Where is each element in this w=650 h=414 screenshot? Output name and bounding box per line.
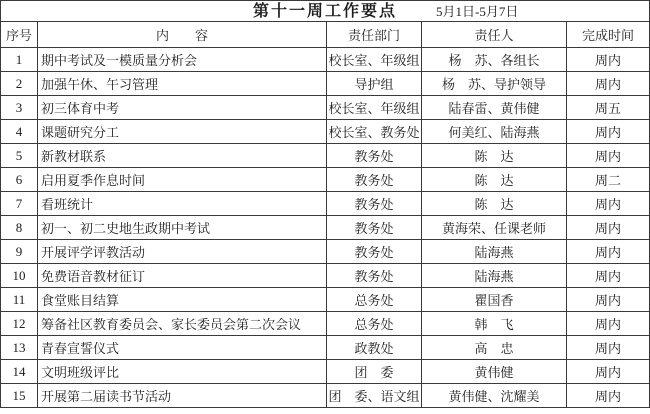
responsible-department: 校长室、年级组 bbox=[327, 96, 422, 120]
table-row: 9开展评学评教活动教务处陆海燕周内 bbox=[1, 240, 650, 264]
table-header-row: 序号 内 容 责任部门 责任人 完成时间 bbox=[1, 22, 650, 48]
table-row: 12筹备社区教育委员会、家长委员会第二次会议总务处韩 飞周内 bbox=[1, 312, 650, 336]
task-content: 看班统计 bbox=[38, 192, 327, 216]
completion-time: 周内 bbox=[567, 192, 650, 216]
responsible-department: 政教处 bbox=[327, 336, 422, 360]
table-body: 1期中考试及一模质量分析会校长室、年级组杨 苏、各组长周内2加强午休、午习管理导… bbox=[1, 48, 650, 408]
work-plan-table: 序号 内 容 责任部门 责任人 完成时间 1期中考试及一模质量分析会校长室、年级… bbox=[0, 21, 650, 408]
table-row: 5新教材联系教务处陈 达周内 bbox=[1, 144, 650, 168]
responsible-department: 导护组 bbox=[327, 72, 422, 96]
completion-time: 周内 bbox=[567, 384, 650, 408]
task-content: 开展评学评教活动 bbox=[38, 240, 327, 264]
completion-time: 周内 bbox=[567, 288, 650, 312]
row-number: 3 bbox=[1, 96, 38, 120]
responsible-department: 教务处 bbox=[327, 264, 422, 288]
task-content: 启用夏季作息时间 bbox=[38, 168, 327, 192]
responsible-person: 韩 飞 bbox=[422, 312, 567, 336]
row-number: 5 bbox=[1, 144, 38, 168]
header-serial-number: 序号 bbox=[1, 22, 38, 48]
table-row: 14文明班级评比团 委黄伟健周内 bbox=[1, 360, 650, 384]
responsible-department: 教务处 bbox=[327, 240, 422, 264]
completion-time: 周内 bbox=[567, 48, 650, 72]
responsible-department: 教务处 bbox=[327, 192, 422, 216]
row-number: 15 bbox=[1, 384, 38, 408]
task-content: 新教材联系 bbox=[38, 144, 327, 168]
document-title: 第十一周工作要点 bbox=[1, 2, 649, 21]
completion-time: 周内 bbox=[567, 240, 650, 264]
task-content: 筹备社区教育委员会、家长委员会第二次会议 bbox=[38, 312, 327, 336]
task-content: 期中考试及一模质量分析会 bbox=[38, 48, 327, 72]
task-content: 初一、初二史地生政期中考试 bbox=[38, 216, 327, 240]
completion-time: 周内 bbox=[567, 144, 650, 168]
row-number: 10 bbox=[1, 264, 38, 288]
row-number: 11 bbox=[1, 288, 38, 312]
row-number: 7 bbox=[1, 192, 38, 216]
responsible-person: 黄伟健、沈耀美 bbox=[422, 384, 567, 408]
responsible-person: 杨 苏、导护领导 bbox=[422, 72, 567, 96]
completion-time: 周内 bbox=[567, 312, 650, 336]
completion-time: 周五 bbox=[567, 96, 650, 120]
completion-time: 周内 bbox=[567, 360, 650, 384]
responsible-person: 陆海燕 bbox=[422, 264, 567, 288]
responsible-department: 教务处 bbox=[327, 168, 422, 192]
task-content: 食堂账目结算 bbox=[38, 288, 327, 312]
row-number: 4 bbox=[1, 120, 38, 144]
row-number: 6 bbox=[1, 168, 38, 192]
completion-time: 周内 bbox=[567, 120, 650, 144]
completion-time: 周内 bbox=[567, 336, 650, 360]
responsible-department: 团 委 bbox=[327, 360, 422, 384]
responsible-department: 总务处 bbox=[327, 288, 422, 312]
responsible-person: 黄海荣、任课老师 bbox=[422, 216, 567, 240]
responsible-person: 瞿国香 bbox=[422, 288, 567, 312]
table-row: 7看班统计教务处陈 达周内 bbox=[1, 192, 650, 216]
responsible-person: 何美红、陆海燕 bbox=[422, 120, 567, 144]
row-number: 14 bbox=[1, 360, 38, 384]
responsible-person: 黄伟健 bbox=[422, 360, 567, 384]
table-row: 3初三体育中考校长室、年级组陆春雷、黄伟健周五 bbox=[1, 96, 650, 120]
task-content: 课题研究分工 bbox=[38, 120, 327, 144]
responsible-department: 总务处 bbox=[327, 312, 422, 336]
header-responsible-department: 责任部门 bbox=[327, 22, 422, 48]
responsible-person: 杨 苏、各组长 bbox=[422, 48, 567, 72]
responsible-person: 陈 达 bbox=[422, 168, 567, 192]
weekly-work-plan-document: 第十一周工作要点 5月1日-5月7日 序号 内 容 责任部门 责任人 完成时间 … bbox=[0, 0, 650, 414]
row-number: 1 bbox=[1, 48, 38, 72]
completion-time: 周二 bbox=[567, 168, 650, 192]
responsible-department: 团 委、语文组 bbox=[327, 384, 422, 408]
table-row: 4课题研究分工校长室、教务处何美红、陆海燕周内 bbox=[1, 120, 650, 144]
row-number: 9 bbox=[1, 240, 38, 264]
date-range: 5月1日-5月7日 bbox=[436, 4, 518, 20]
responsible-department: 校长室、年级组 bbox=[327, 48, 422, 72]
responsible-person: 陆春雷、黄伟健 bbox=[422, 96, 567, 120]
header-completion-time: 完成时间 bbox=[567, 22, 650, 48]
document-header: 第十一周工作要点 5月1日-5月7日 bbox=[0, 0, 650, 21]
header-responsible-person: 责任人 bbox=[422, 22, 567, 48]
row-number: 2 bbox=[1, 72, 38, 96]
table-row: 13青春宣誓仪式政教处高 忠周内 bbox=[1, 336, 650, 360]
task-content: 加强午休、午习管理 bbox=[38, 72, 327, 96]
table-row: 15开展第二届读书节活动团 委、语文组黄伟健、沈耀美周内 bbox=[1, 384, 650, 408]
row-number: 13 bbox=[1, 336, 38, 360]
responsible-department: 教务处 bbox=[327, 144, 422, 168]
header-content: 内 容 bbox=[38, 22, 327, 48]
task-content: 青春宣誓仪式 bbox=[38, 336, 327, 360]
completion-time: 周内 bbox=[567, 216, 650, 240]
table-row: 8初一、初二史地生政期中考试教务处黄海荣、任课老师周内 bbox=[1, 216, 650, 240]
table-row: 6启用夏季作息时间教务处陈 达周二 bbox=[1, 168, 650, 192]
table-row: 1期中考试及一模质量分析会校长室、年级组杨 苏、各组长周内 bbox=[1, 48, 650, 72]
responsible-person: 陈 达 bbox=[422, 144, 567, 168]
table-row: 10免费语音教材征订教务处陆海燕周内 bbox=[1, 264, 650, 288]
responsible-person: 陈 达 bbox=[422, 192, 567, 216]
completion-time: 周内 bbox=[567, 72, 650, 96]
row-number: 8 bbox=[1, 216, 38, 240]
completion-time: 周内 bbox=[567, 264, 650, 288]
task-content: 初三体育中考 bbox=[38, 96, 327, 120]
responsible-person: 高 忠 bbox=[422, 336, 567, 360]
task-content: 免费语音教材征订 bbox=[38, 264, 327, 288]
table-row: 11食堂账目结算总务处瞿国香周内 bbox=[1, 288, 650, 312]
responsible-department: 校长室、教务处 bbox=[327, 120, 422, 144]
task-content: 文明班级评比 bbox=[38, 360, 327, 384]
responsible-department: 教务处 bbox=[327, 216, 422, 240]
row-number: 12 bbox=[1, 312, 38, 336]
responsible-person: 陆海燕 bbox=[422, 240, 567, 264]
task-content: 开展第二届读书节活动 bbox=[38, 384, 327, 408]
table-row: 2加强午休、午习管理导护组杨 苏、导护领导周内 bbox=[1, 72, 650, 96]
